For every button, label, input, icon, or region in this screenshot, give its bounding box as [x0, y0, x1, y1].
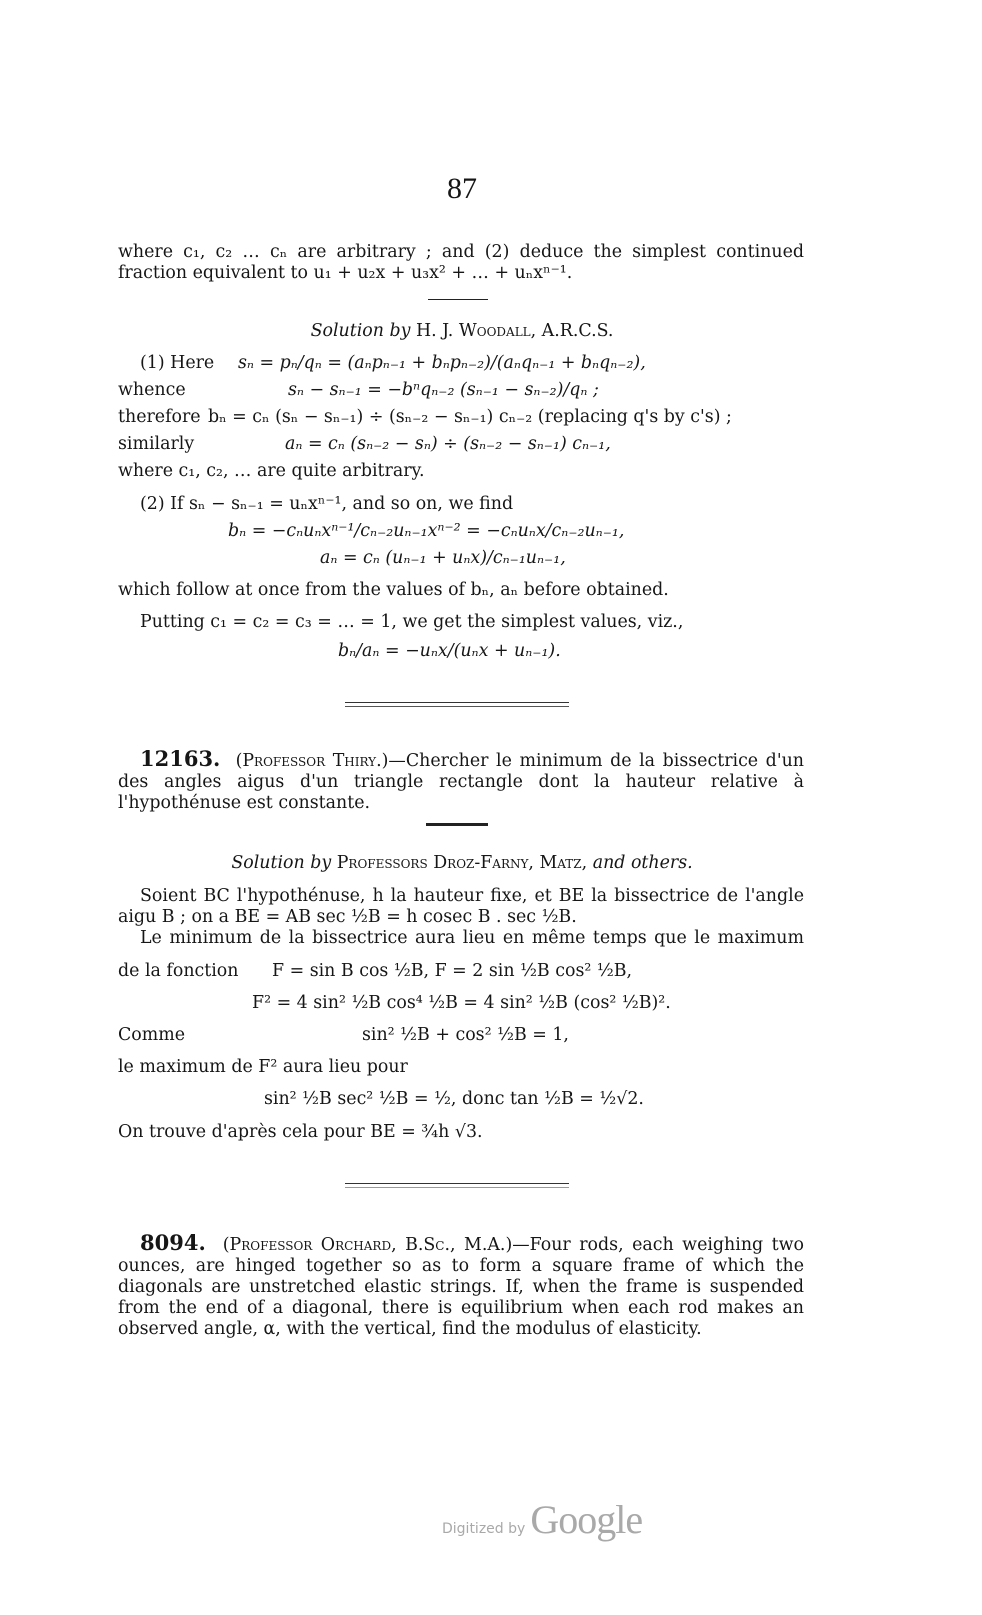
google-logo-text: Google — [530, 1497, 642, 1542]
double-rule-2 — [345, 1183, 569, 1188]
eq-here-expr: sₙ = pₙ/qₙ = (aₙpₙ₋₁ + bₙpₙ₋₂)/(aₙqₙ₋₁ +… — [238, 352, 646, 374]
maximum-line: le maximum de F² aura lieu pour — [118, 1056, 408, 1078]
comme-expr: sin² ½B + cos² ½B = 1, — [362, 1024, 569, 1046]
eq-whence-label: whence — [118, 379, 186, 401]
short-rule-2 — [426, 823, 488, 826]
comme-label: Comme — [118, 1024, 185, 1046]
eq-similarly-expr: aₙ = cₙ (sₙ₋₂ − sₙ) ÷ (sₙ₋₂ − sₙ₋₁) cₙ₋₁… — [285, 433, 611, 455]
solution-heading-woodall: Solution by H. J. Woodall, A.R.C.S. — [0, 320, 924, 342]
problem-number: 12163. — [140, 746, 220, 771]
problem-12163: 12163. (Professor Thiry.)—Chercher le mi… — [118, 748, 804, 814]
putting-sentence: Putting c₁ = c₂ = c₃ = … = 1, we get the… — [140, 611, 683, 633]
conclusion: On trouve d'après cela pour BE = ¾h √3. — [118, 1121, 483, 1143]
solution2-para2: Le minimum de la bissectrice aura lieu e… — [118, 928, 804, 949]
solution2-para1: Soient BC l'hypothénuse, h la hauteur fi… — [118, 886, 804, 949]
page-number: 87 — [0, 172, 924, 206]
eq-whence-expr: sₙ − sₙ₋₁ = −bⁿqₙ₋₂ (sₙ₋₁ − sₙ₋₂)/qₙ ; — [288, 379, 599, 401]
f-squared-expr: F² = 4 sin² ½B cos⁴ ½B = 4 sin² ½B (cos²… — [252, 992, 671, 1014]
arbitrary-note: where c₁, c₂, … are quite arbitrary. — [118, 460, 425, 482]
final-result: bₙ/aₙ = −uₙx/(uₙx + uₙ₋₁). — [338, 640, 561, 662]
solution-heading-droz-farny: Solution by Professors Droz-Farny, Matz,… — [0, 852, 924, 874]
eq-therefore-expr: bₙ = cₙ (sₙ − sₙ₋₁) ÷ (sₙ₋₂ − sₙ₋₁) cₙ₋₂… — [208, 406, 732, 428]
watermark-prefix: Digitized by — [442, 1521, 525, 1537]
part2-intro: (2) If sₙ − sₙ₋₁ = uₙxⁿ⁻¹, and so on, we… — [140, 493, 513, 515]
part2-eq-bn: bₙ = −cₙuₙxⁿ⁻¹/cₙ₋₂uₙ₋₁xⁿ⁻² = −cₙuₙx/cₙ₋… — [228, 520, 624, 542]
fonction-label: de la fonction — [118, 960, 238, 982]
solution-authors: Professors Droz-Farny, Matz, — [337, 853, 587, 873]
eq-similarly-label: similarly — [118, 433, 194, 455]
solution-author: H. J. Woodall, A.R.C.S. — [416, 321, 613, 341]
continuation-line-2: fraction equivalent to u₁ + u₂x + u₃x² +… — [118, 262, 572, 284]
donc-expr: sin² ½B sec² ½B = ½, donc tan ½B = ½√2. — [264, 1088, 644, 1110]
double-rule-1 — [345, 702, 569, 707]
eq-therefore-label: therefore — [118, 406, 201, 428]
solution-by-label-2: Solution by — [231, 853, 331, 873]
part2-eq-an: aₙ = cₙ (uₙ₋₁ + uₙx)/cₙ₋₁uₙ₋₁, — [320, 547, 566, 569]
problem-proposer: (Professor Thiry.) — [236, 751, 389, 771]
problem-text: —Chercher le minimum de la bissectrice d… — [118, 751, 804, 813]
follow-sentence: which follow at once from the values of … — [118, 579, 669, 601]
problem-8094: 8094. (Professor Orchard, B.Sc., M.A.)—F… — [118, 1232, 804, 1340]
continuation-line-1: where c₁, c₂ … cₙ are arbitrary ; and (2… — [118, 241, 804, 263]
solution-by-label: Solution by — [311, 321, 411, 341]
problem-number-8094: 8094. — [140, 1230, 206, 1255]
problem-proposer-8094: (Professor Orchard, B.Sc., M.A.) — [223, 1235, 512, 1255]
fonction-expr: F = sin B cos ½B, F = 2 sin ½B cos² ½B, — [272, 960, 632, 982]
eq-here-label: (1) Here — [140, 352, 214, 374]
solution-suffix: and others. — [593, 853, 693, 873]
digitized-by-google-watermark: Digitized by Google — [442, 1496, 642, 1543]
short-rule — [428, 299, 488, 300]
